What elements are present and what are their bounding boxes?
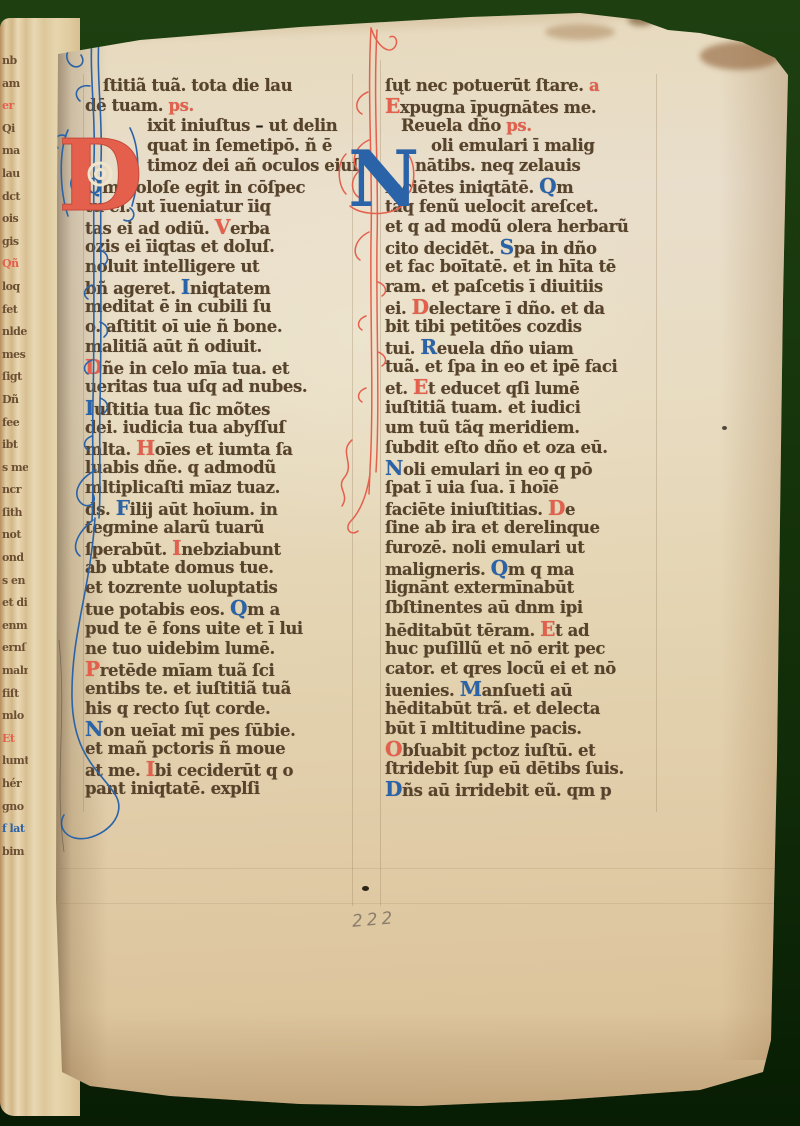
page-edge-fragment: ernſ (2, 637, 28, 660)
page-edge-fragment: ibt (2, 434, 28, 457)
page-edge-fragment: dct (2, 186, 28, 209)
page-edge-fragment: fet (2, 299, 28, 322)
adjacent-page-text-fragments: nbamerQimalaudctoisgisQñloqfetnldemesſig… (2, 50, 30, 863)
page-edge-fragment: lau (2, 163, 28, 186)
page-edge-fragment: s me (2, 457, 28, 480)
page-edge-fragment: nb (2, 50, 28, 73)
page-edge-fragment: et di (2, 592, 28, 615)
page-edge-fragment: mlo (2, 705, 28, 728)
initial-letter-n: N (348, 134, 419, 225)
page-edge-fragment: mes (2, 344, 28, 367)
page-edge-fragment: ois (2, 208, 28, 231)
page-edge-fragment: s en (2, 570, 28, 593)
page-edge-fragment: am (2, 73, 28, 96)
page-edge-fragment: malr (2, 660, 28, 683)
page-edge-fragment: Et (2, 728, 28, 751)
page-edge-fragment: ncr (2, 479, 28, 502)
page-edge-fragment: ſigt (2, 366, 28, 389)
page-edge-fragment: nlde (2, 321, 28, 344)
page-edge-fragment: fee (2, 412, 28, 435)
page-edge-fragment: ond (2, 547, 28, 570)
parchment-leaf: ſtitiã tuã. tota die laudē tuam. ps.ixit… (0, 0, 800, 1126)
stain (140, 16, 260, 30)
page-edge-fragment: er (2, 95, 28, 118)
initial-letter-d: D (58, 119, 143, 234)
pen-flourish-red (341, 28, 396, 533)
page-edge-fragment: gno (2, 796, 28, 819)
page-edge-fragment: Qñ (2, 253, 28, 276)
page-edge-fragment: lumt (2, 750, 28, 773)
photographed-book-on-green-cradle: nbamerQimalaudctoisgisQñloqfetnldemesſig… (0, 0, 800, 1126)
page-edge-fragment: not (2, 524, 28, 547)
pen-flourish-decorations: D N (0, 0, 800, 1126)
illuminated-initial-d: D (55, 119, 143, 234)
page-edge-fragment: enm (2, 615, 28, 638)
page-edge-fragment: Qi (2, 118, 28, 141)
page-edge-fragment: loq (2, 276, 28, 299)
page-edge-fragment: Dñ (2, 389, 28, 412)
page-edge-fragment: ma (2, 140, 28, 163)
page-edge-fragment: gis (2, 231, 28, 254)
page-edge-fragment: hér (2, 773, 28, 796)
page-edge-fragment: fiſt (2, 683, 28, 706)
page-edge-fragment: bim (2, 841, 28, 864)
page-edge-fragment: ſith (2, 502, 28, 525)
page-edge-fragment: f lat (2, 818, 28, 841)
illuminated-initial-n: N (339, 134, 419, 225)
